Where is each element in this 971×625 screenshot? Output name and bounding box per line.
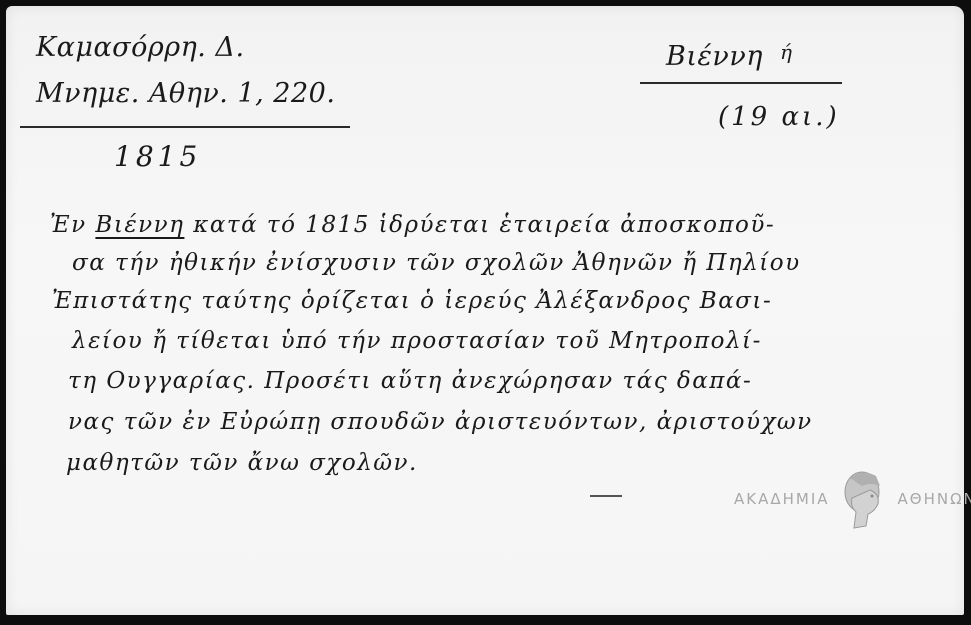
underlined-place: Βιέννη xyxy=(95,212,184,238)
body-line-5: τη Ουγγαρίας. Προσέτι αὕτη ἀνεχώρησαν τά… xyxy=(68,368,752,394)
body-text: Ἐν xyxy=(50,212,95,238)
bibliographic-reference: Μνημε. Αθην. 1, 220. xyxy=(36,78,335,109)
body-line-3: Ἐπιστάτης ταύτης ὁρίζεται ὁ ἱερεύς Ἀλέξα… xyxy=(52,288,772,314)
body-text: κατά τό 1815 ἱδρύεται ἑταιρεία ἀποσκοποῦ… xyxy=(184,212,775,238)
year-label: 1815 xyxy=(114,140,201,173)
index-card: Καμασόρρη. Δ. Μνημε. Αθην. 1, 220. 1815 … xyxy=(6,6,964,615)
body-line-6: νας τῶν ἐν Εὐρώπῃ σπουδῶν ἀριστευόντων, … xyxy=(68,409,813,435)
place-label: Βιέννη ή xyxy=(666,40,793,72)
athena-head-icon xyxy=(840,468,888,530)
place-suffix: ή xyxy=(780,40,792,64)
watermark-left-text: ΑΚΑΔΗΜΙΑ xyxy=(734,490,830,508)
century-label: (19 αι.) xyxy=(718,102,840,132)
header-divider-left xyxy=(20,126,350,128)
header-divider-right xyxy=(640,82,842,84)
body-line-7: μαθητῶν τῶν ἄνω σχολῶν. xyxy=(66,450,418,476)
body-line-2: σα τήν ἠθικήν ἐνίσχυσιν τῶν σχολῶν Ἀθηνῶ… xyxy=(72,250,801,276)
body-line-1: Ἐν Βιέννη κατά τό 1815 ἱδρύεται ἑταιρεία… xyxy=(50,212,775,238)
place-name: Βιέννη xyxy=(666,41,763,72)
author-name: Καμασόρρη. Δ. xyxy=(36,32,245,63)
end-dash xyxy=(590,495,622,497)
academy-watermark: ΑΚΑΔΗΜΙΑ ΑΘΗΝΩΝ xyxy=(734,468,971,530)
body-line-4: λείου ἤ τίθεται ὑπό τήν προστασίαν τοῦ Μ… xyxy=(72,328,762,354)
watermark-right-text: ΑΘΗΝΩΝ xyxy=(898,490,971,508)
